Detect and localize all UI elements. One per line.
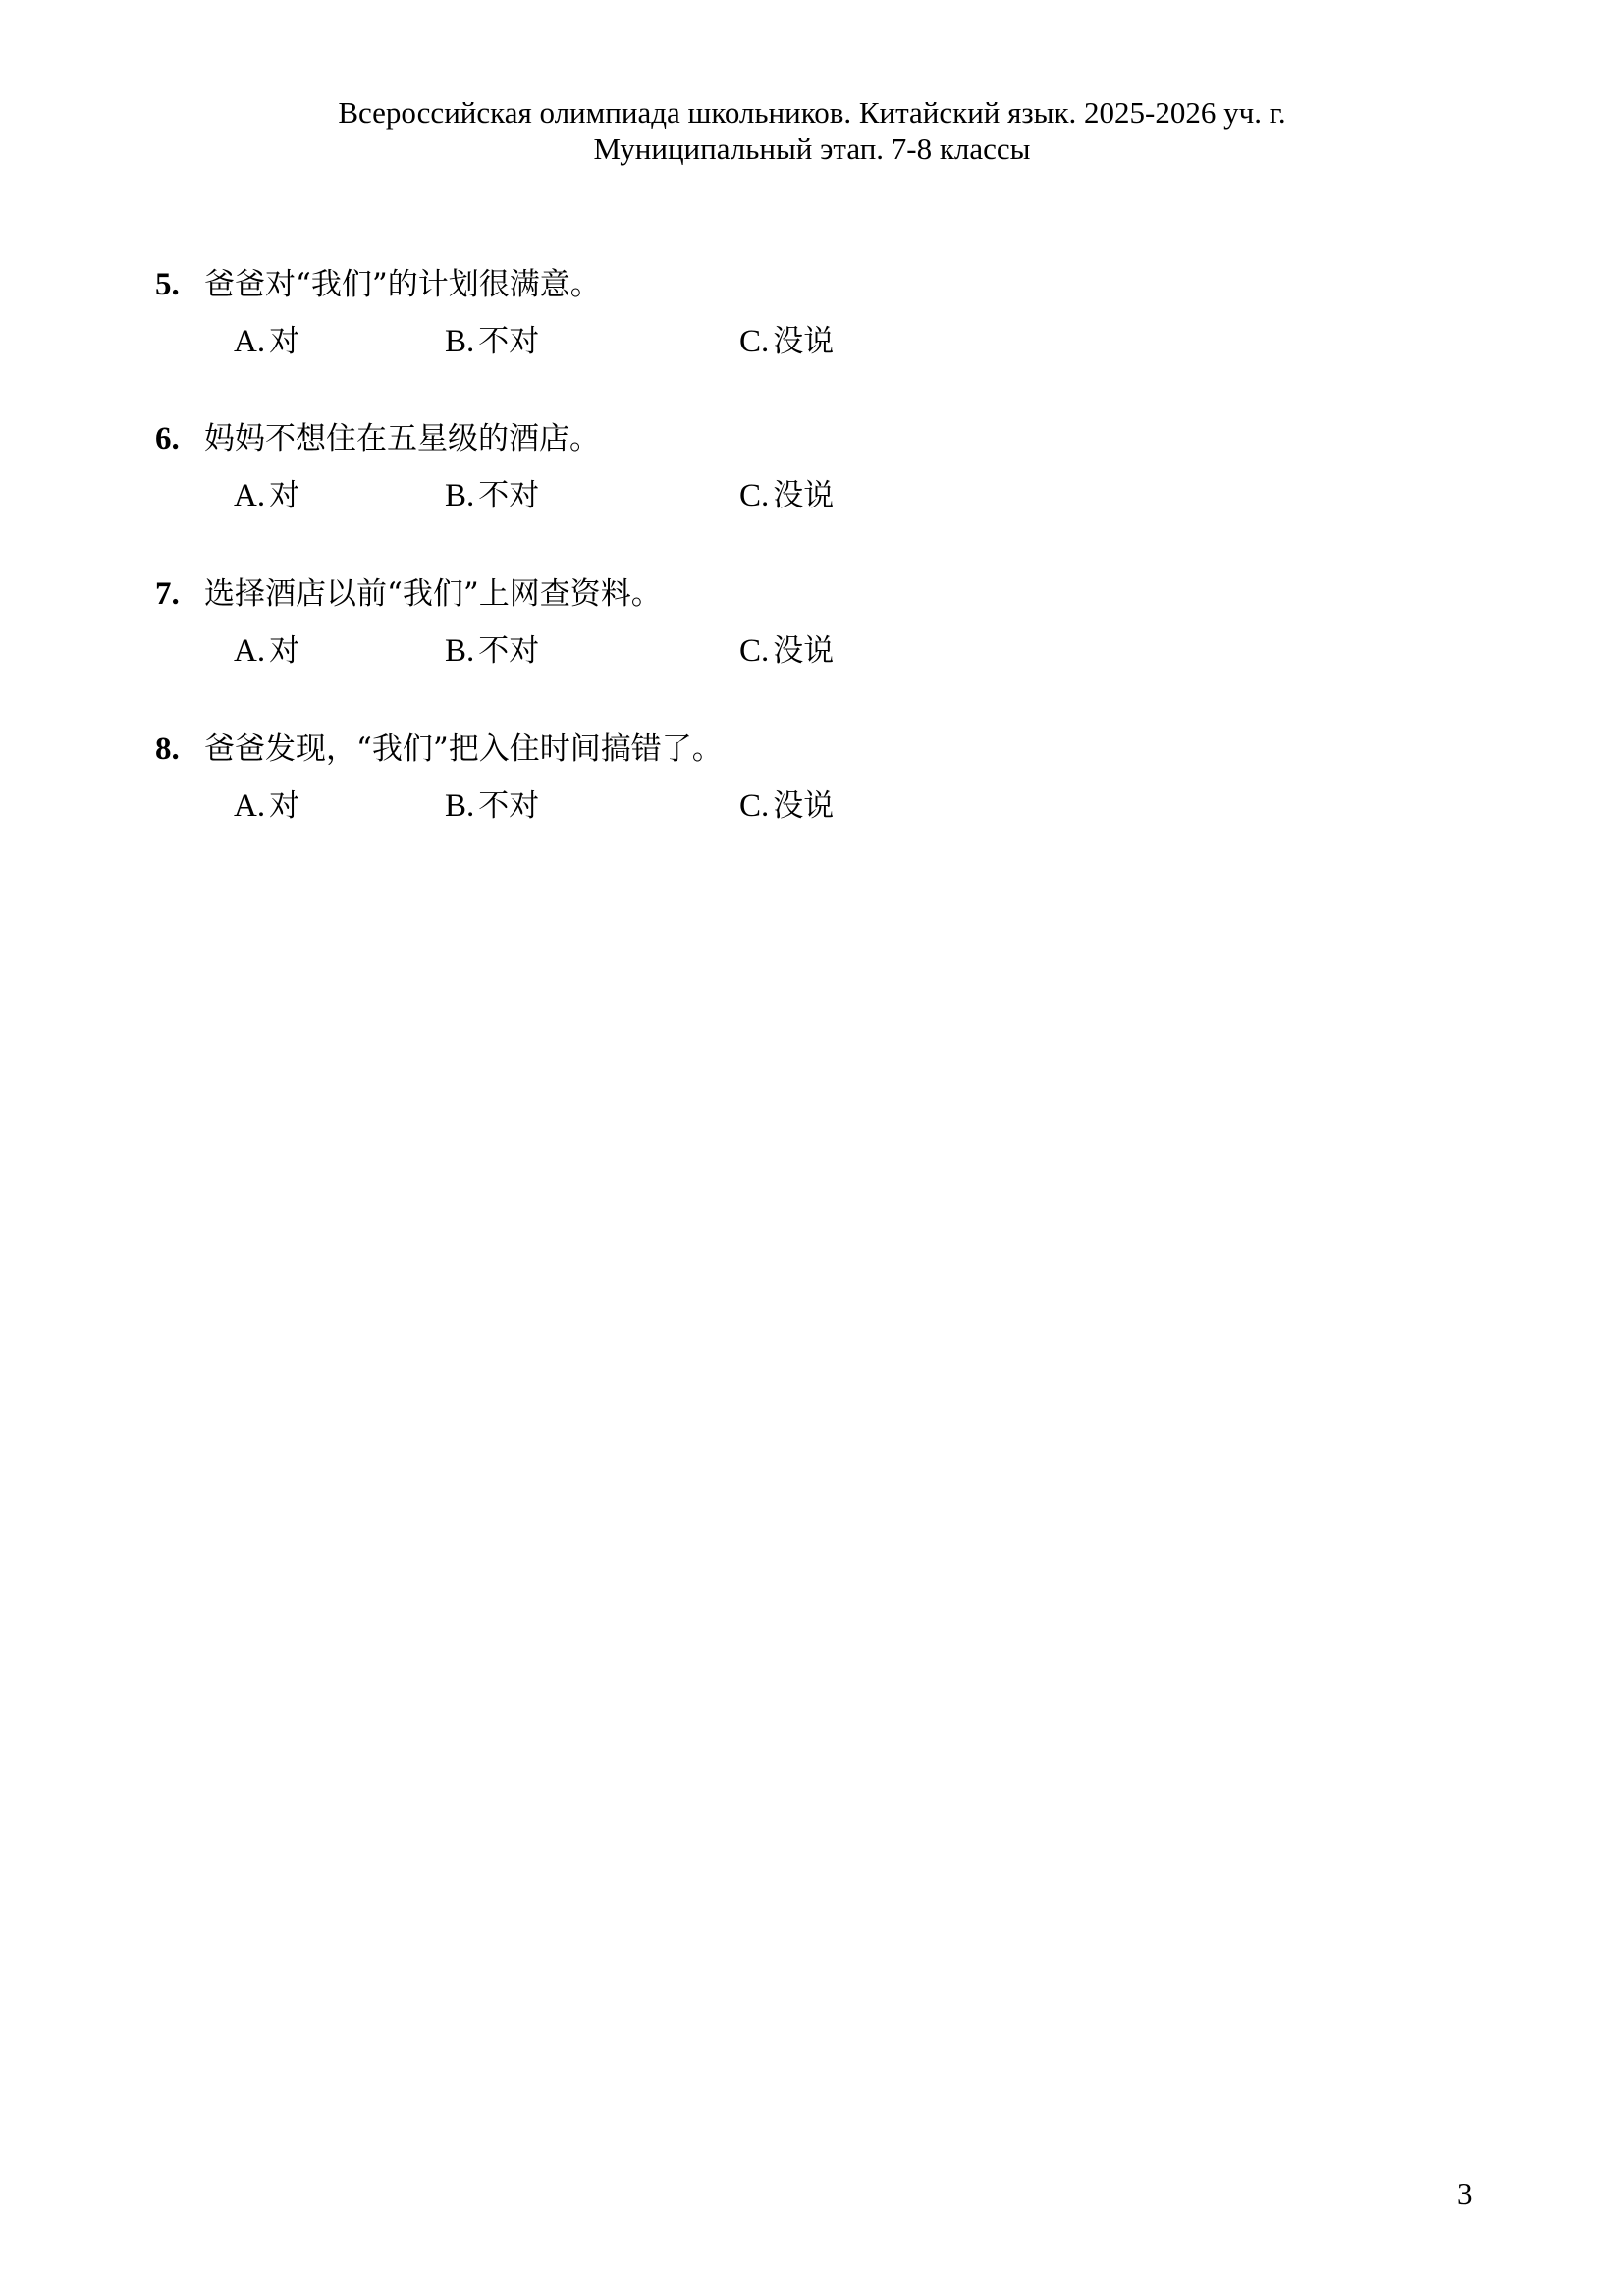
option-letter: B.: [445, 633, 474, 668]
question-6: 6.妈妈不想住在五星级的酒店。 A.对 B.不对 C.没说: [155, 419, 1432, 515]
option-c[interactable]: C.没说: [739, 322, 834, 361]
option-text: 没说: [773, 478, 834, 513]
question-number: 6.: [155, 419, 204, 458]
option-text: 不对: [478, 788, 539, 824]
question-number: 8.: [155, 729, 204, 769]
option-letter: C.: [739, 633, 769, 668]
question-text: 爸爸对“我们”的计划很满意。: [204, 267, 601, 302]
option-text: 对: [269, 478, 299, 513]
answer-options: A.对 B.不对 C.没说: [155, 786, 1432, 826]
option-b[interactable]: B.不对: [445, 322, 539, 361]
answer-options: A.对 B.不对 C.没说: [155, 631, 1432, 670]
question-5: 5.爸爸对“我们”的计划很满意。 A.对 B.不对 C.没说: [155, 265, 1432, 361]
option-c[interactable]: C.没说: [739, 786, 834, 826]
option-text: 对: [269, 633, 299, 668]
option-text: 没说: [773, 633, 834, 668]
option-a[interactable]: A.对: [234, 631, 299, 670]
option-letter: C.: [739, 324, 769, 359]
option-text: 不对: [478, 478, 539, 513]
option-letter: B.: [445, 324, 474, 359]
question-7: 7.选择酒店以前“我们”上网查资料。 A.对 B.不对 C.没说: [155, 574, 1432, 670]
option-b[interactable]: B.不对: [445, 786, 539, 826]
answer-options: A.对 B.不对 C.没说: [155, 322, 1432, 361]
header-title: Всероссийская олимпиада школьников. Кита…: [0, 94, 1624, 131]
option-letter: A.: [234, 324, 265, 359]
option-text: 没说: [773, 788, 834, 824]
option-letter: B.: [445, 788, 474, 824]
option-text: 不对: [478, 633, 539, 668]
option-b[interactable]: B.不对: [445, 631, 539, 670]
option-text: 不对: [478, 324, 539, 359]
option-c[interactable]: C.没说: [739, 476, 834, 515]
page-number: 3: [1457, 2176, 1473, 2212]
option-text: 没说: [773, 324, 834, 359]
question-text: 妈妈不想住在五星级的酒店。: [204, 421, 600, 456]
option-a[interactable]: A.对: [234, 786, 299, 826]
question-number: 7.: [155, 574, 204, 614]
option-letter: C.: [739, 478, 769, 513]
option-text: 对: [269, 324, 299, 359]
option-b[interactable]: B.不对: [445, 476, 539, 515]
option-letter: A.: [234, 478, 265, 513]
option-letter: B.: [445, 478, 474, 513]
option-letter: C.: [739, 788, 769, 824]
header-subtitle: Муниципальный этап. 7-8 классы: [0, 131, 1624, 167]
option-text: 对: [269, 788, 299, 824]
option-c[interactable]: C.没说: [739, 631, 834, 670]
question-text: 爸爸发现，“我们”把入住时间搞错了。: [204, 731, 723, 767]
question-number: 5.: [155, 265, 204, 304]
page-header: Всероссийская олимпиада школьников. Кита…: [0, 94, 1624, 167]
option-a[interactable]: A.对: [234, 476, 299, 515]
question-8: 8.爸爸发现，“我们”把入住时间搞错了。 A.对 B.不对 C.没说: [155, 729, 1432, 826]
answer-options: A.对 B.不对 C.没说: [155, 476, 1432, 515]
question-text: 选择酒店以前“我们”上网查资料。: [204, 576, 662, 612]
option-letter: A.: [234, 633, 265, 668]
option-a[interactable]: A.对: [234, 322, 299, 361]
option-letter: A.: [234, 788, 265, 824]
